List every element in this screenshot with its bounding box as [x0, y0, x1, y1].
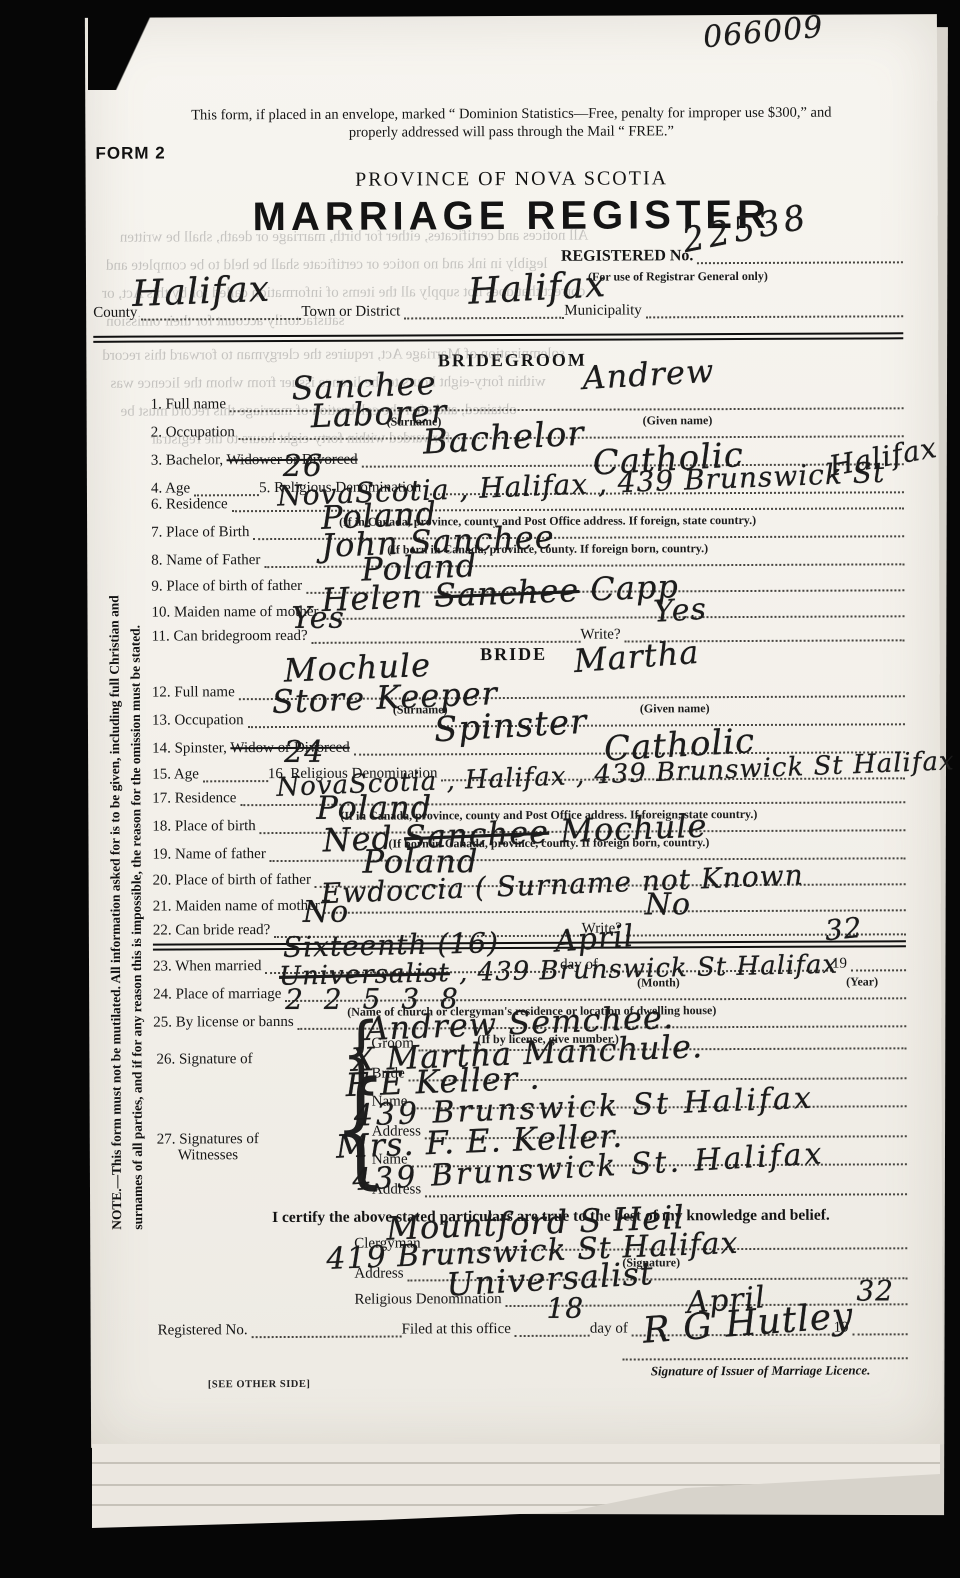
margin-note-line1: NOTE.—This form must not be mutilated. A…: [103, 524, 128, 1230]
sheet-edge: [92, 1462, 940, 1464]
registrar-only-note: (For use of Registrar General only): [588, 269, 768, 285]
hw-county: Halifax: [131, 269, 270, 315]
hw-bride-age: 24: [284, 735, 324, 770]
bride-heading: BRIDE: [88, 642, 940, 667]
hw-bride-father-post: Mochule: [548, 806, 708, 850]
filed-at-office-label: Filed at this office: [402, 1321, 513, 1338]
province-heading: PROVINCE OF NOVA SCOTIA: [86, 166, 938, 193]
field-label-26: 26. Signature of: [156, 1051, 252, 1068]
dotted-line: [425, 1193, 907, 1197]
dotted-line: [853, 1333, 908, 1335]
double-rule: [93, 332, 903, 343]
hw-groom-can-read: Yes: [291, 601, 345, 636]
dotted-line: [252, 1335, 402, 1338]
field-label-17: 17. Residence: [152, 790, 238, 807]
field-label-27: 27. Signatures of: [157, 1131, 259, 1148]
field-label-1: 1. Full name: [151, 396, 228, 413]
margin-note-line2: surnames of all parties, and if for any …: [125, 524, 150, 1230]
day-of-label: day of: [590, 1321, 630, 1338]
field-label-20: 20. Place of birth of father: [153, 872, 313, 890]
dotted-line: [312, 641, 581, 644]
hw-filed-day: 18: [546, 1292, 584, 1325]
dotted-line: [697, 261, 903, 264]
registered-no-bottom-label: Registered No.: [158, 1322, 250, 1339]
ghost-text: All notices and certificates, either for…: [120, 228, 589, 247]
ghost-text: solemnization of Marriage Act, requires …: [102, 346, 565, 365]
hw-sheet-number: 066009: [702, 9, 825, 55]
paper-sheet: All notices and certificates, either for…: [85, 14, 943, 1448]
dotted-line: [324, 909, 906, 914]
field-label-27b: Witnesses: [178, 1147, 238, 1164]
dotted-line: [203, 780, 268, 782]
field-label-21: 21. Maiden name of mother: [153, 898, 322, 916]
dotted-line: [646, 315, 903, 318]
hw-filed-year: 32: [856, 1274, 894, 1307]
field-label-12: 12. Full name: [152, 684, 237, 701]
field-label-11: 11. Can bridegroom read?: [152, 628, 310, 646]
form-number-label: FORM 2: [95, 144, 165, 164]
town-district-label: Town or District: [301, 303, 402, 320]
hw-bride-can-write: No: [645, 887, 691, 922]
scan-corner-shadow: [88, 16, 208, 90]
field-label-9: 9. Place of birth of father: [151, 578, 304, 596]
hw-groom-mother-struck: Sanchee: [433, 571, 579, 615]
field-label-25: 25. By license or banns: [153, 1014, 295, 1032]
hw-groom-can-write: Yes: [653, 592, 708, 630]
hw-bride-given: Martha: [572, 633, 700, 680]
dotted-line: [323, 615, 905, 620]
scanned-marriage-register: { "scan": { "sheet_number": "066009", "s…: [0, 0, 960, 1578]
see-other-side-note: [SEE OTHER SIDE]: [208, 1379, 311, 1390]
registered-no-label: REGISTERED No.: [561, 247, 696, 266]
dotted-line: [623, 1357, 908, 1360]
dotted-line: [515, 1335, 590, 1337]
hw-marriage-year: 32: [823, 911, 864, 947]
mail-notice-line2: properly addressed will pass through the…: [85, 122, 937, 143]
field-label-14: 14. Spinster,: [152, 740, 227, 756]
dotted-line: [141, 318, 301, 321]
field-label-23: 23. When married: [153, 958, 264, 975]
field-label-18: 18. Place of birth: [152, 818, 257, 835]
field-label-19: 19. Name of father: [153, 846, 268, 864]
dotted-line: [851, 969, 906, 971]
field-label-24: 24. Place of marriage: [153, 986, 283, 1004]
hw-bride-can-read: No: [303, 895, 349, 930]
dotted-line: [404, 317, 564, 320]
field-label-15: 15. Age: [152, 766, 201, 783]
field-label-8: 8. Name of Father: [151, 552, 262, 569]
hw-town-district: Halifax: [467, 264, 607, 313]
issuer-signature-sublabel: Signature of Issuer of Marriage Licence.: [651, 1362, 871, 1379]
field-label-3: 3. Bachelor,: [151, 452, 223, 468]
double-rule: [153, 940, 906, 950]
field-label-13: 13. Occupation: [152, 712, 246, 729]
field-label-2: 2. Occupation: [151, 424, 237, 441]
hw-groom-given: Andrew: [581, 352, 715, 397]
field-label-22: 22. Can bride read?: [153, 922, 273, 940]
field-label-7: 7. Place of Birth: [151, 524, 251, 541]
margin-note: NOTE.—This form must not be mutilated. A…: [103, 524, 149, 1230]
field-label-6: 6. Residence: [151, 496, 230, 513]
dotted-line: [626, 933, 906, 936]
